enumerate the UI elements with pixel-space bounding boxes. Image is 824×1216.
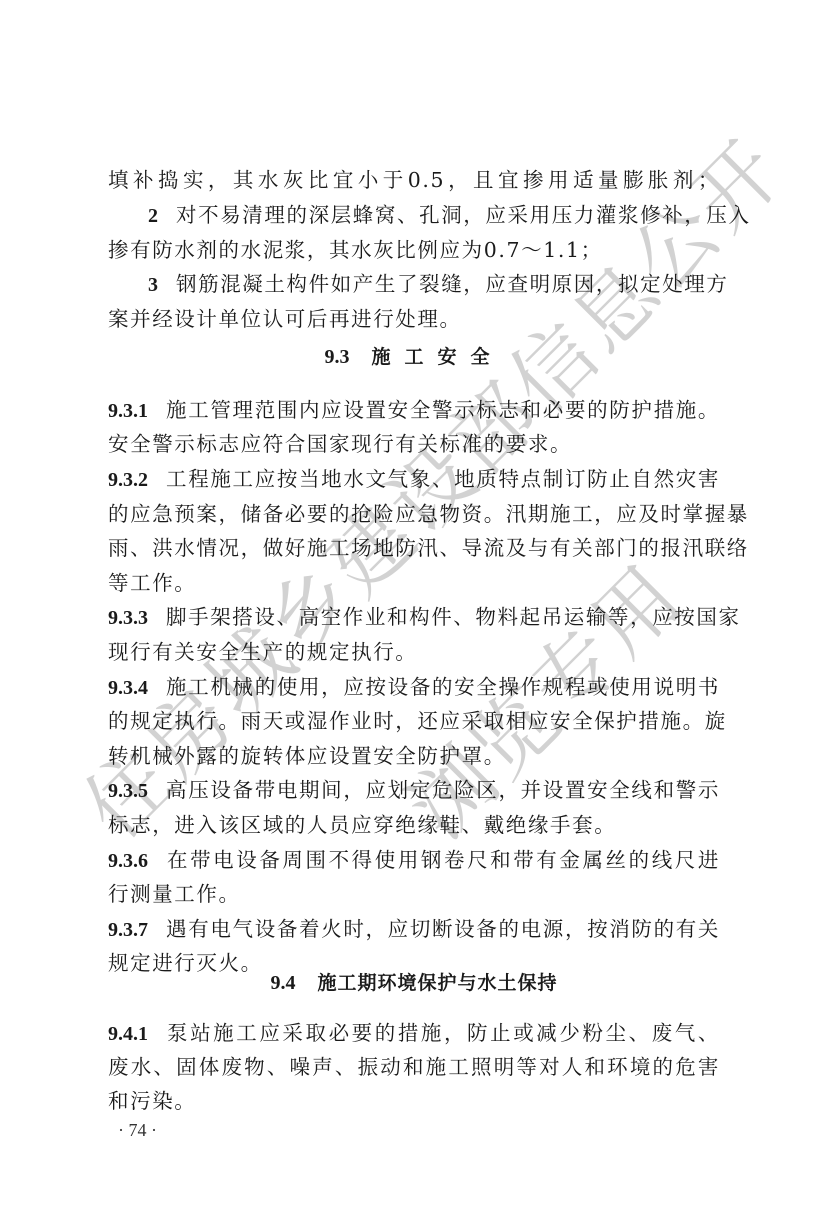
clause-9-4-1: 9.4.1泵站施工应采取必要的措施，防止或减少粉尘、废气、 [108, 1016, 720, 1050]
paragraph-line: 填补捣实，其水灰比宜小于0.5，且宜掺用适量膨胀剂； [108, 163, 720, 197]
text: 填补捣实，其水灰比宜小于0.5，且宜掺用适量膨胀剂； [108, 168, 720, 192]
clause-number: 9.3.4 [108, 677, 148, 699]
text: 行测量工作。 [108, 882, 241, 906]
clause-number: 9.3.5 [108, 780, 148, 802]
section-heading-9-4: 9.4施工期环境保护与水土保持 [108, 966, 720, 1000]
text: 安全警示标志应符合国家现行有关标准的要求。 [108, 432, 572, 456]
page-number: · 74 · [118, 1120, 157, 1141]
text: 废水、固体废物、噪声、振动和施工照明等对人和环境的危害 [108, 1055, 720, 1079]
paragraph-line: 废水、固体废物、噪声、振动和施工照明等对人和环境的危害 [108, 1050, 720, 1084]
text: 遇有电气设备着火时，应切断设备的电源，按消防的有关 [166, 917, 720, 941]
clause-number: 9.3.3 [108, 607, 148, 629]
text: 和污染。 [108, 1089, 196, 1113]
text: 钢筋混凝土构件如产生了裂缝，应查明原因，拟定处理方 [176, 272, 729, 296]
section-title: 施工期环境保护与水土保持 [317, 972, 557, 994]
text: 转机械外露的旋转体应设置安全防护罩。 [108, 744, 506, 768]
text: 工程施工应按当地水文气象、地质特点制订防止自然灾害 [166, 467, 720, 491]
section-title: 施工安全 [371, 346, 503, 368]
text: 案并经设计单位认可后再进行处理。 [108, 307, 462, 331]
list-item-3: 3钢筋混凝土构件如产生了裂缝，应查明原因，拟定处理方 [108, 267, 720, 301]
paragraph-line: 雨、洪水情况，做好施工场地防汛、导流及与有关部门的报汛联络 [108, 531, 720, 565]
paragraph-line: 案并经设计单位认可后再进行处理。 [108, 302, 720, 336]
text: 施工管理范围内应设置安全警示标志和必要的防护措施。 [166, 398, 720, 422]
paragraph-line: 掺有防水剂的水泥浆，其水灰比例应为0.7～1.1； [108, 233, 720, 267]
clause-9-3-5: 9.3.5高压设备带电期间，应划定危险区，并设置安全线和警示 [108, 773, 720, 807]
clause-9-3-2: 9.3.2工程施工应按当地水文气象、地质特点制订防止自然灾害 [108, 462, 720, 496]
document-page: 住房城乡建设部信息公开 浏览专用 填补捣实，其水灰比宜小于0.5，且宜掺用适量膨… [0, 0, 824, 1216]
paragraph-line: 和污染。 [108, 1084, 720, 1118]
item-number: 3 [148, 274, 158, 296]
text: 脚手架搭设、高空作业和构件、物料起吊运输等，应按国家 [166, 605, 741, 629]
text: 在带电设备周围不得使用钢卷尺和带有金属丝的线尺进 [166, 848, 720, 872]
clause-9-3-3: 9.3.3脚手架搭设、高空作业和构件、物料起吊运输等，应按国家 [108, 600, 720, 634]
list-item-2: 2对不易清理的深层蜂窝、孔洞，应采用压力灌浆修补，压入 [108, 198, 720, 232]
text: 的规定执行。雨天或湿作业时，还应采取相应安全保护措施。旋 [108, 709, 727, 733]
text: 掺有防水剂的水泥浆，其水灰比例应为0.7～1.1； [108, 238, 603, 262]
text: 的应急预案，储备必要的抢险应急物资。汛期施工，应及时掌握暴 [108, 502, 749, 526]
text: 施工机械的使用，应按设备的安全操作规程或使用说明书 [166, 675, 720, 699]
clause-number: 9.3.2 [108, 469, 148, 491]
clause-9-3-1: 9.3.1施工管理范围内应设置安全警示标志和必要的防护措施。 [108, 393, 720, 427]
clause-9-3-6: 9.3.6在带电设备周围不得使用钢卷尺和带有金属丝的线尺进 [108, 843, 720, 877]
paragraph-line: 等工作。 [108, 566, 720, 600]
text: 等工作。 [108, 571, 196, 595]
paragraph-line: 安全警示标志应符合国家现行有关标准的要求。 [108, 427, 720, 461]
paragraph-line: 行测量工作。 [108, 877, 720, 911]
section-number: 9.4 [270, 972, 295, 994]
paragraph-line: 标志，进入该区域的人员应穿绝缘鞋、戴绝缘手套。 [108, 808, 720, 842]
item-number: 2 [148, 205, 158, 227]
text: 对不易清理的深层蜂窝、孔洞，应采用压力灌浆修补，压入 [176, 203, 751, 227]
paragraph-line: 现行有关安全生产的规定执行。 [108, 635, 720, 669]
text: 现行有关安全生产的规定执行。 [108, 640, 417, 664]
paragraph-line: 的规定执行。雨天或湿作业时，还应采取相应安全保护措施。旋 [108, 704, 720, 738]
clause-9-3-7: 9.3.7遇有电气设备着火时，应切断设备的电源，按消防的有关 [108, 912, 720, 946]
clause-9-3-4: 9.3.4施工机械的使用，应按设备的安全操作规程或使用说明书 [108, 670, 720, 704]
clause-number: 9.3.1 [108, 400, 148, 422]
section-number: 9.3 [324, 346, 349, 368]
paragraph-line: 的应急预案，储备必要的抢险应急物资。汛期施工，应及时掌握暴 [108, 497, 720, 531]
section-heading-9-3: 9.3施工安全 [108, 340, 720, 374]
paragraph-line: 转机械外露的旋转体应设置安全防护罩。 [108, 739, 720, 773]
text: 雨、洪水情况，做好施工场地防汛、导流及与有关部门的报汛联络 [108, 536, 749, 560]
clause-number: 9.3.6 [108, 850, 148, 872]
text: 标志，进入该区域的人员应穿绝缘鞋、戴绝缘手套。 [108, 813, 616, 837]
clause-number: 9.4.1 [108, 1023, 148, 1045]
text: 高压设备带电期间，应划定危险区，并设置安全线和警示 [166, 778, 720, 802]
clause-number: 9.3.7 [108, 919, 148, 941]
text: 泵站施工应采取必要的措施，防止或减少粉尘、废气、 [166, 1021, 720, 1045]
